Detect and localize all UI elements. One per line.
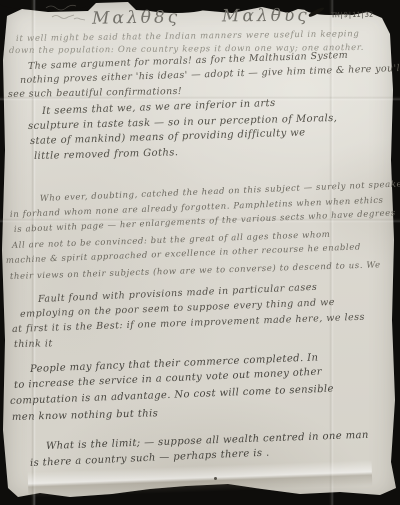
paragraph-people-may-fancy: People may fancy that their commerce com… — [30, 362, 334, 426]
manuscript-photo: Μαλθ8ς Μαλθυς TM|9|11|32 it well might b… — [0, 0, 400, 505]
paragraph-what-is-the-limit: What is the limit; — suppose all wealth … — [46, 438, 369, 472]
paragraph-on-this-subject: Who ever, doubting, catched the head on … — [30, 192, 400, 285]
archive-reference: TM|9|11|32 — [331, 11, 373, 20]
title-malthus-left: Μαλθ8ς — [92, 7, 181, 29]
paragraph-same-argument: The same argument for morals! as for the… — [28, 60, 400, 102]
ink-dot — [214, 477, 217, 480]
paragraph-inferior-in-arts: It seems that we, as we are inferior in … — [42, 104, 337, 164]
paragraph-fault-found: Fault found with provisions made in part… — [38, 292, 365, 352]
title-malthus-right: Μαλθυς — [222, 6, 310, 27]
